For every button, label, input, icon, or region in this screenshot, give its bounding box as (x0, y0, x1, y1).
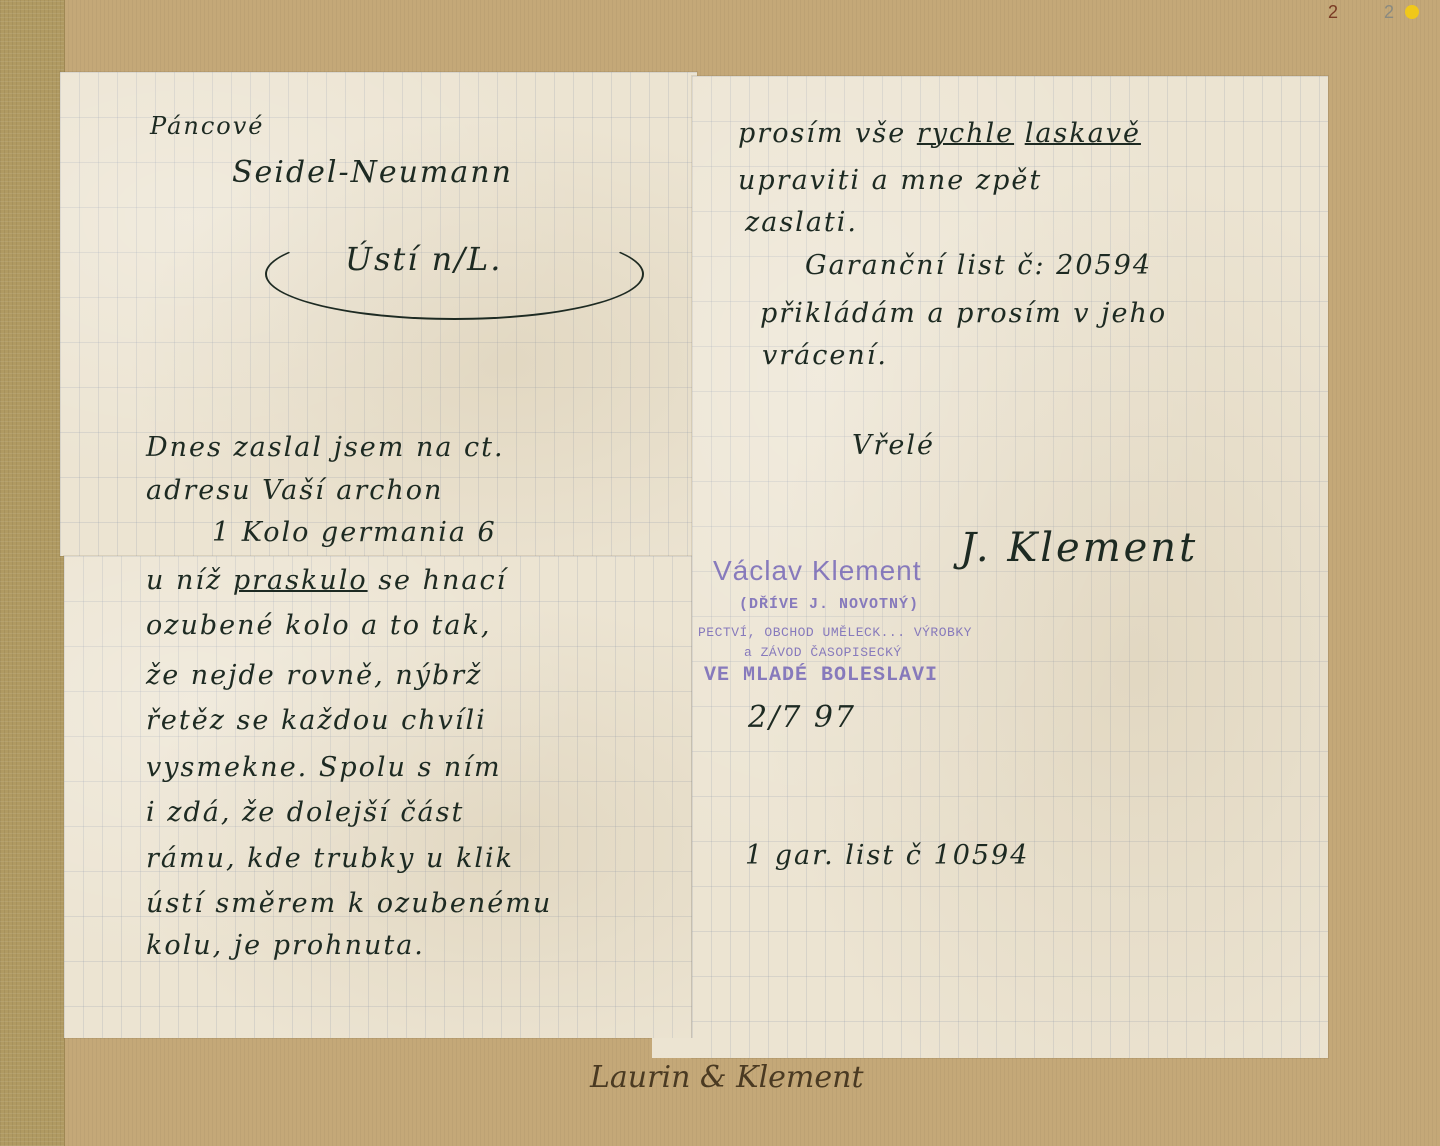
body-line: rámu, kde trubky u klik (146, 843, 514, 874)
body-line: ozubené kolo a to tak, (146, 610, 491, 641)
underlined-word: praskulo (233, 565, 368, 596)
enclosure-note: 1 gar. list č 10594 (745, 840, 1029, 871)
body-line: u níž praskulo se hnací (146, 565, 507, 596)
salutation: Páncové (150, 112, 265, 140)
decorative-flourish (265, 228, 644, 320)
body-line: upraviti a mne zpět (738, 165, 1042, 196)
body-line: Garanční list č: 20594 (805, 250, 1152, 281)
stamp-line-formerly: (DŘÍVE J. NOVOTNÝ) (739, 596, 919, 613)
addressee: Seidel-Neumann (232, 155, 513, 190)
body-line-part (1014, 118, 1025, 149)
body-line-part: prosím vše (738, 118, 917, 149)
yellow-marker-dot (1405, 5, 1419, 19)
body-line: prosím vše rychle laskavě (738, 118, 1141, 149)
body-line-part: u níž (146, 565, 233, 596)
signature: J. Klement (960, 525, 1198, 571)
body-line: řetěz se každou chvíli (146, 705, 487, 736)
body-line: 1 Kolo germania 6 (212, 517, 497, 548)
stamp-line-name: Václav Klement (713, 555, 922, 587)
body-line: Dnes zaslal jsem na ct. (146, 432, 505, 463)
underlined-word: laskavě (1025, 118, 1141, 149)
body-line: vrácení. (762, 340, 888, 371)
underlined-word: rychle (917, 118, 1014, 149)
body-line: i zdá, že dolejší část (146, 797, 464, 828)
letter-date: 2/7 97 (748, 700, 856, 735)
page-number-pencil: 2 (1384, 2, 1394, 23)
album-binding-strip (0, 0, 65, 1146)
laurin-klement-imprint: Laurin & Klement (590, 1060, 864, 1095)
body-line: kolu, je prohnuta. (146, 930, 425, 961)
body-line: přikládám a prosím v jeho (760, 298, 1167, 329)
body-line-part: se hnací (368, 565, 508, 596)
body-line: adresu Vaší archon (146, 475, 443, 506)
body-line: zaslati. (745, 207, 858, 238)
stamp-line-town: VE MLADÉ BOLESLAVI (704, 664, 938, 687)
page-number-red: 2 (1328, 2, 1338, 23)
body-line: že nejde rovně, nýbrž (146, 660, 482, 691)
closing: Vřelé (852, 430, 935, 461)
body-line: vysmekne. Spolu s ním (146, 752, 502, 783)
letter-sheet-right-tab (652, 1038, 697, 1058)
stamp-line-business: PECTVÍ, OBCHOD UMĚLECK... VÝROBKY (698, 625, 972, 640)
body-line: ústí směrem k ozubenému (146, 888, 552, 919)
stamp-line-journal: a ZÁVOD ČASOPISECKÝ (744, 645, 902, 660)
